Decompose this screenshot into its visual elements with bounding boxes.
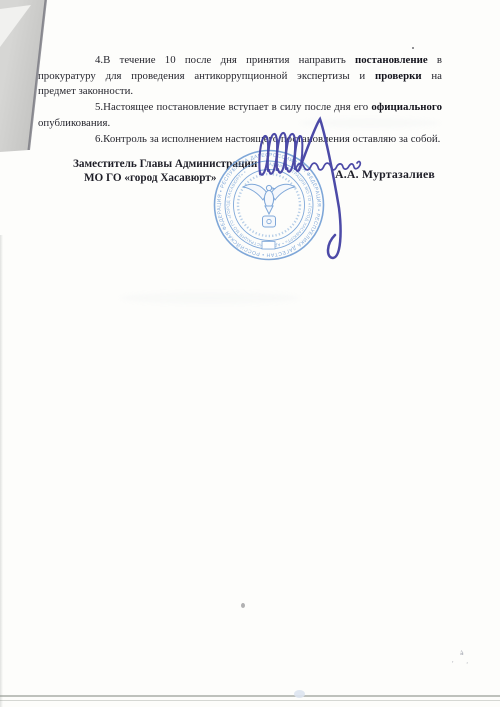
scanner-edge-line [0, 700, 500, 701]
text-segment: в [428, 54, 442, 66]
document-line: прокуратуру для проведения антикоррупцио… [38, 69, 442, 85]
scan-edge-shadow [0, 235, 3, 707]
scan-smudge [120, 292, 300, 304]
text-segment: прокуратуру для проведения антикоррупцио… [38, 70, 375, 82]
emphasized-text: постановление [355, 54, 428, 66]
scan-smudge [294, 690, 305, 698]
scan-speck [241, 603, 245, 608]
text-segment: предмет законности. [38, 85, 133, 97]
document-line: 4.В течение 10 после дня принятия направ… [38, 53, 442, 69]
handwritten-signature-icon [253, 110, 383, 270]
document-line: предмет законности. [38, 84, 442, 100]
pencil-mark: , [451, 657, 454, 664]
scanner-edge-line [0, 695, 500, 697]
emphasized-text: проверки [375, 70, 422, 82]
text-segment: опубликования. [38, 117, 110, 129]
pencil-mark: ȧ [460, 650, 464, 657]
scanned-document-page: 4.В течение 10 после дня принятия направ… [0, 0, 500, 707]
text-segment: на [422, 70, 442, 82]
pencil-mark: , [466, 658, 469, 665]
text-segment: 4.В течение 10 после дня принятия направ… [95, 54, 355, 66]
signatory-title-line2: МО ГО «город Хасавюрт» [84, 172, 216, 184]
scan-speck [412, 47, 414, 49]
